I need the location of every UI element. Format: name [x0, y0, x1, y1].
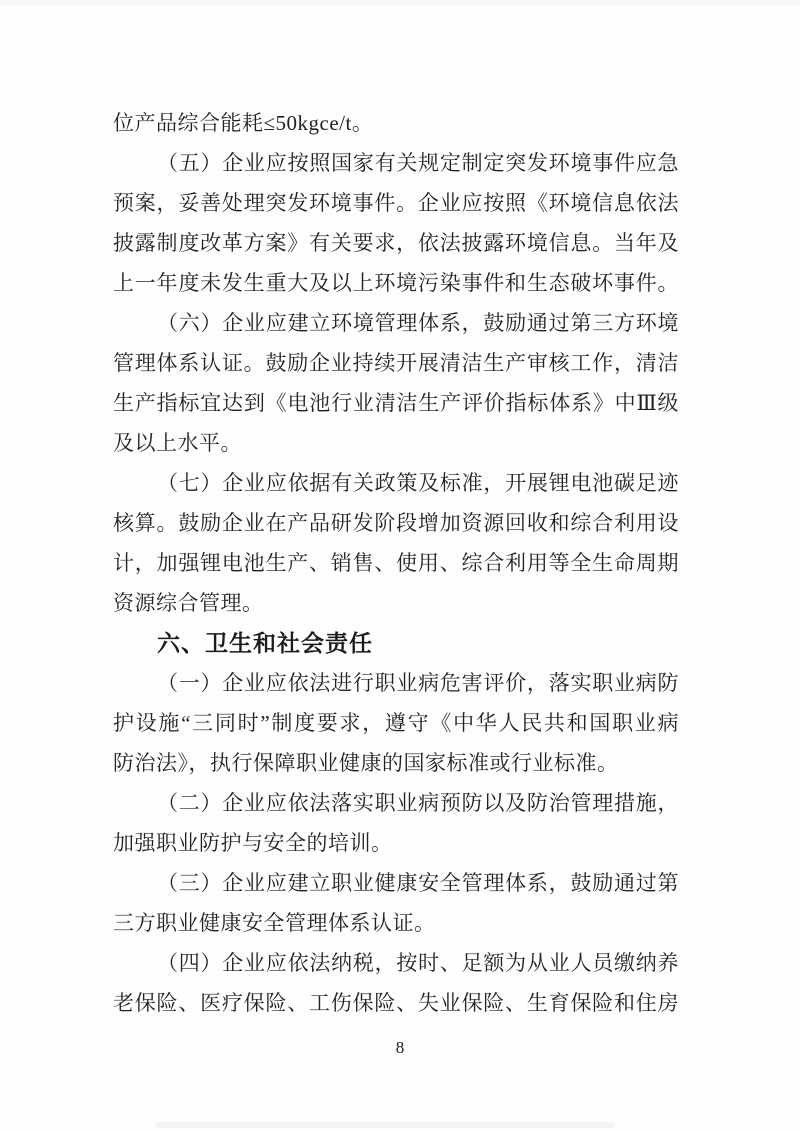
text-line: 上一年度未发生重大及以上环境污染事件和生态破坏事件。	[113, 263, 679, 303]
text-line: 资源综合管理。	[113, 583, 679, 623]
document-body: 位产品综合能耗≤50kgce/t。 （五）企业应按照国家有关规定制定突发环境事件…	[113, 103, 679, 1023]
text-line: 加强职业防护与安全的培训。	[113, 823, 679, 863]
section-heading: 六、卫生和社会责任	[113, 623, 679, 663]
text-line: 及以上水平。	[113, 423, 679, 463]
scan-artifact-top	[0, 0, 800, 5]
text-line: （七）企业应依据有关政策及标准，开展锂电池碳足迹	[113, 463, 679, 503]
scan-artifact-bottom	[155, 1122, 615, 1128]
text-line: （二）企业应依法落实职业病预防以及防治管理措施，	[113, 783, 679, 823]
text-line: 生产指标宜达到《电池行业清洁生产评价指标体系》中Ⅲ级	[113, 383, 679, 423]
text-line: （三）企业应建立职业健康安全管理体系，鼓励通过第	[113, 863, 679, 903]
text-line: 三方职业健康安全管理体系认证。	[113, 903, 679, 943]
text-line: 老保险、医疗保险、工伤保险、失业保险、生育保险和住房	[113, 983, 679, 1023]
text-line: 位产品综合能耗≤50kgce/t。	[113, 103, 679, 143]
text-line: （四）企业应依法纳税，按时、足额为从业人员缴纳养	[113, 943, 679, 983]
text-line: 披露制度改革方案》有关要求，依法披露环境信息。当年及	[113, 223, 679, 263]
text-line: 核算。鼓励企业在产品研发阶段增加资源回收和综合利用设	[113, 503, 679, 543]
text-line: 护设施“三同时”制度要求，遵守《中华人民共和国职业病	[113, 703, 679, 743]
text-line: 防治法》，执行保障职业健康的国家标准或行业标准。	[113, 743, 679, 783]
text-line: （六）企业应建立环境管理体系，鼓励通过第三方环境	[113, 303, 679, 343]
text-line: 管理体系认证。鼓励企业持续开展清洁生产审核工作，清洁	[113, 343, 679, 383]
document-page: 位产品综合能耗≤50kgce/t。 （五）企业应按照国家有关规定制定突发环境事件…	[0, 0, 800, 1131]
text-line: （五）企业应按照国家有关规定制定突发环境事件应急	[113, 143, 679, 183]
text-line: （一）企业应依法进行职业病危害评价，落实职业病防	[113, 663, 679, 703]
text-line: 计，加强锂电池生产、销售、使用、综合利用等全生命周期	[113, 543, 679, 583]
text-line: 预案，妥善处理突发环境事件。企业应按照《环境信息依法	[113, 183, 679, 223]
page-number: 8	[0, 1038, 800, 1058]
